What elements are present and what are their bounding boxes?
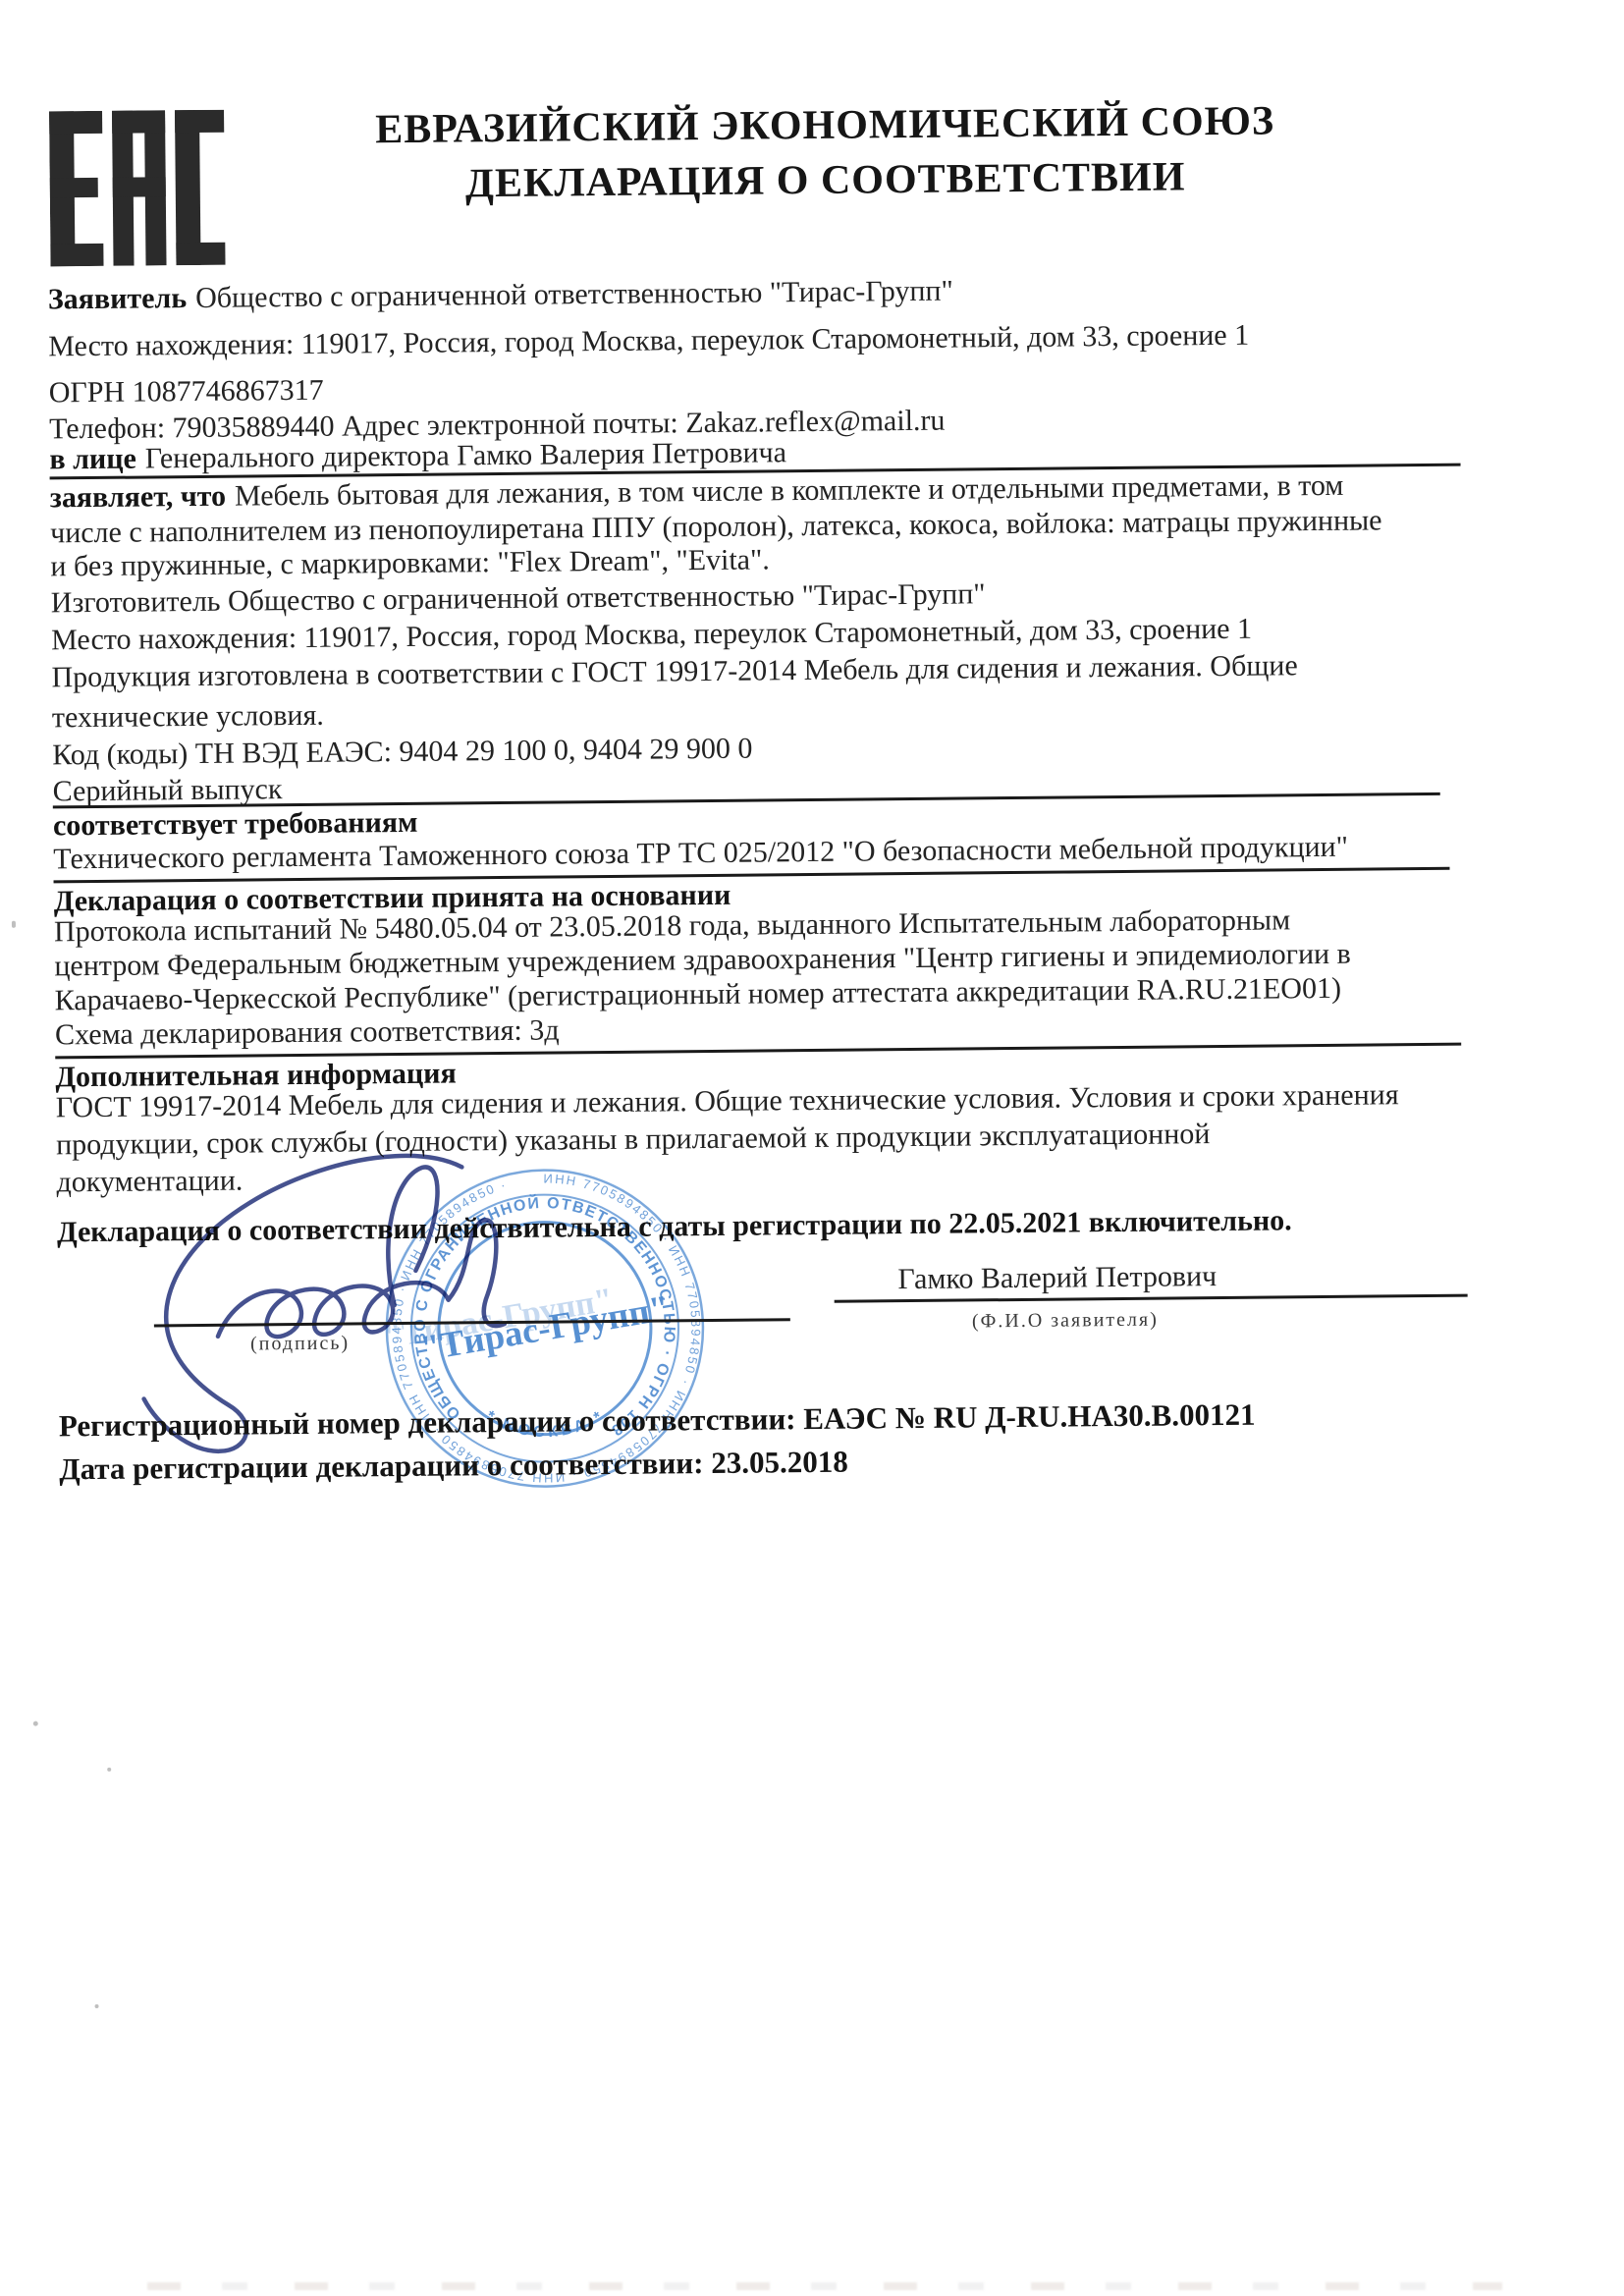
fio-caption: (Ф.И.О заявителя) — [972, 1309, 1159, 1334]
scan-speck — [107, 1768, 111, 1772]
declarant-name: Гамко Валерий Петрович — [897, 1260, 1217, 1296]
compliance-heading: соответствует требованиям — [53, 806, 418, 844]
applicant-ogrn: ОГРН 1087746867317 — [49, 374, 324, 410]
scan-speck — [12, 921, 16, 928]
manufacturer-line: Изготовитель Общество с ограниченной отв… — [51, 577, 986, 620]
basis-line-4: Схема декларирования соответствия: 3д — [55, 1013, 560, 1052]
in-person-name: Генерального директора Гамко Валерия Пет… — [145, 436, 786, 474]
eac-logo-icon — [49, 110, 226, 267]
product-standard-line-2: технические условия. — [52, 699, 324, 736]
title-line-1: ЕВРАЗИЙСКИЙ ЭКОНОМИЧЕСКИЙ СОЮЗ — [265, 92, 1384, 158]
scan-speck — [95, 2004, 99, 2008]
tn-ved-code: Код (коды) ТН ВЭД ЕАЭС: 9404 29 100 0, 9… — [52, 733, 752, 773]
in-person-label: в лице — [49, 443, 136, 476]
applicant-name: Общество с ограниченной ответственностью… — [195, 275, 953, 314]
declares-label: заявляет, что — [50, 480, 227, 515]
product-standard-line-1: Продукция изготовлена в соответствии с Г… — [51, 649, 1297, 694]
title-line-2: ДЕКЛАРАЦИЯ О СООТВЕТСТВИИ — [265, 147, 1384, 213]
applicant-label: Заявитель — [48, 282, 188, 315]
registration-date: Дата регистрации декларации о соответств… — [59, 1445, 848, 1488]
document-title: ЕВРАЗИЙСКИЙ ЭКОНОМИЧЕСКИЙ СОЮЗ ДЕКЛАРАЦИ… — [265, 92, 1385, 213]
applicant-address: Место нахождения: 119017, Россия, город … — [48, 319, 1249, 364]
scan-edge-noise — [147, 2282, 1502, 2290]
scan-speck — [33, 1722, 38, 1726]
declaration-document: ЕВРАЗИЙСКИЙ ЭКОНОМИЧЕСКИЙ СОЮЗ ДЕКЛАРАЦИ… — [0, 0, 1624, 2296]
declares-line-3: и без пружинные, с маркировками: "Flex D… — [50, 543, 770, 583]
signature-caption: (подпись) — [250, 1333, 350, 1356]
document-content: ЕВРАЗИЙСКИЙ ЭКОНОМИЧЕСКИЙ СОЮЗ ДЕКЛАРАЦИ… — [0, 0, 1624, 2296]
applicant-line: ЗаявительОбщество с ограниченной ответст… — [48, 275, 953, 317]
